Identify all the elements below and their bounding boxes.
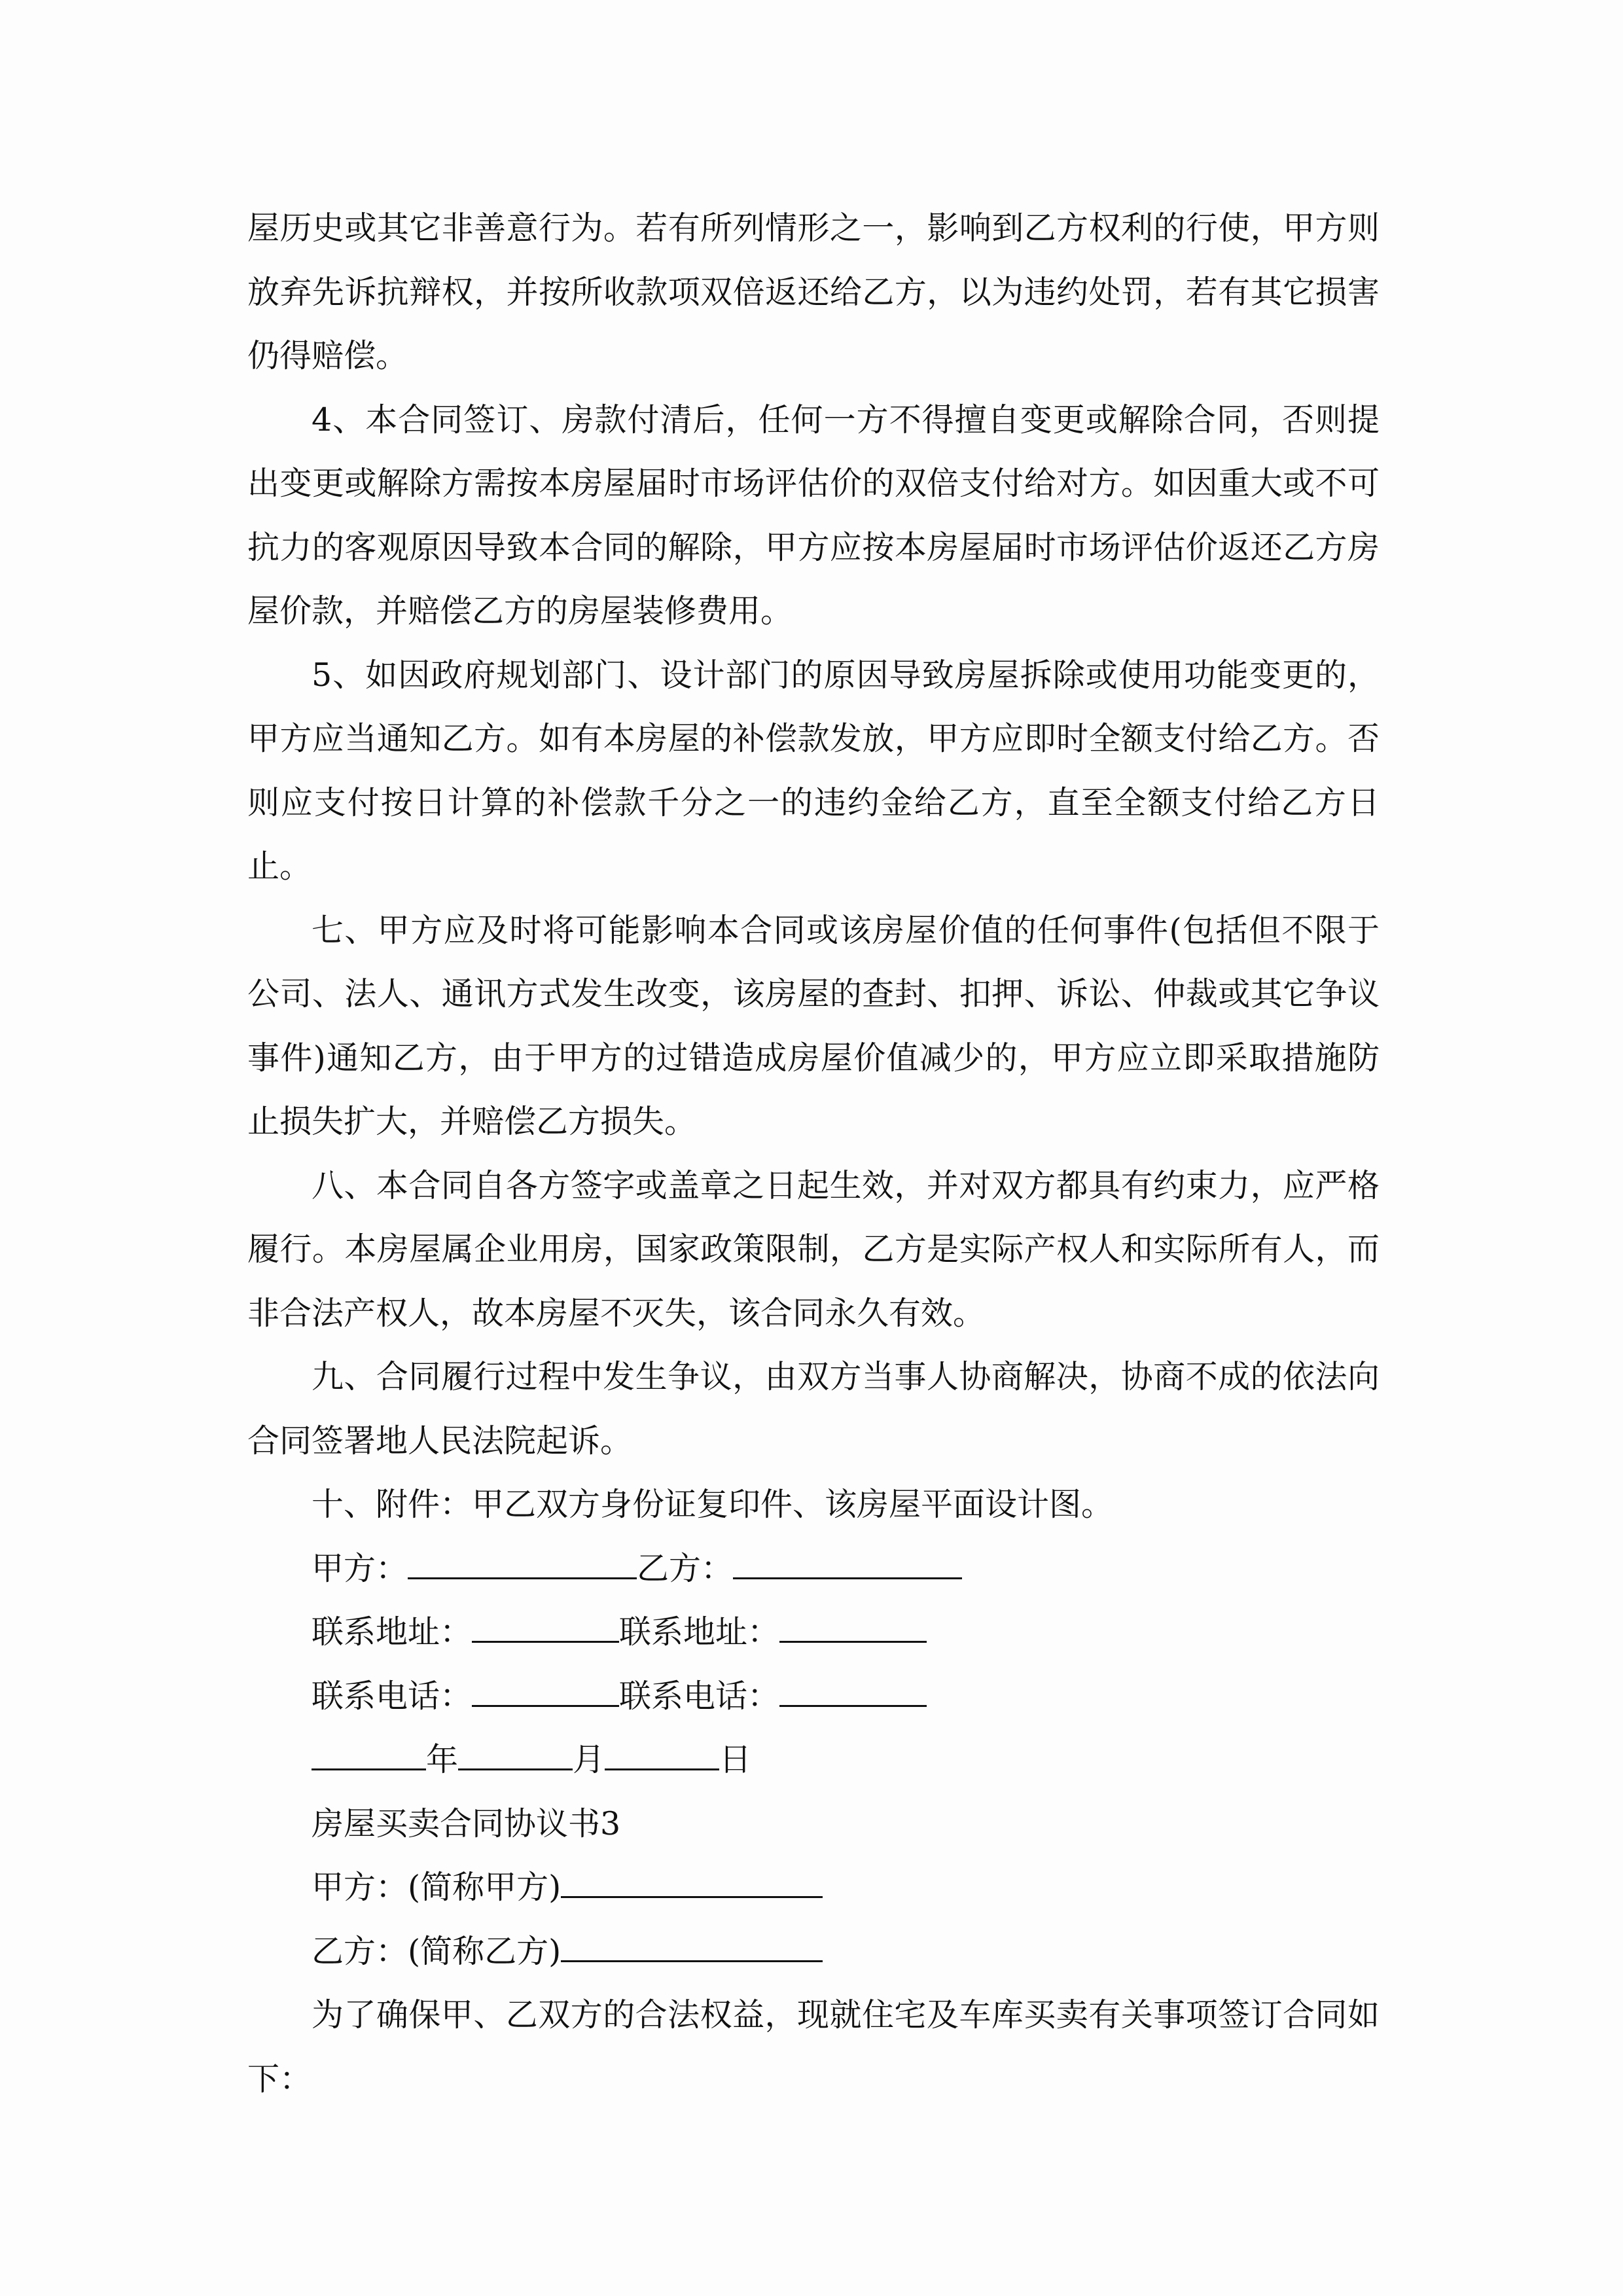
date-year-label: 年 xyxy=(426,1741,458,1778)
address-b-label: 联系地址： xyxy=(619,1613,779,1651)
phone-a-blank[interactable]: _________ xyxy=(472,1664,619,1707)
next-party-a-label: 甲方：(简称甲方) xyxy=(312,1869,561,1906)
next-contract-title: 房屋买卖合同协议书3 xyxy=(247,1792,1380,1856)
phone-a-label: 联系电话： xyxy=(312,1677,472,1715)
paragraph-continued: 屋历史或其它非善意行为。若有所列情形之一，影响到乙方权利的行使，甲方则放弃先诉抗… xyxy=(247,196,1380,388)
signature-phone-row: 联系电话：_________联系电话：_________ xyxy=(247,1664,1380,1729)
paragraph-clause-8: 八、本合同自各方签字或盖章之日起生效，并对双方都具有约束力，应严格履行。本房屋属… xyxy=(247,1154,1380,1346)
address-b-blank[interactable]: _________ xyxy=(779,1600,927,1643)
next-party-a-blank[interactable]: ________________ xyxy=(561,1856,823,1898)
paragraph-clause-9: 九、合同履行过程中发生争议，由双方当事人协商解决，协商不成的依法向合同签署地人民… xyxy=(247,1345,1380,1473)
next-party-b-label: 乙方：(简称乙方) xyxy=(312,1933,561,1970)
party-a-label: 甲方： xyxy=(312,1550,408,1587)
date-month-label: 月 xyxy=(573,1741,605,1778)
date-year-blank[interactable]: _______ xyxy=(312,1728,426,1770)
paragraph-clause-10: 十、附件：甲乙双方身份证复印件、该房屋平面设计图。 xyxy=(247,1473,1380,1537)
next-party-a-row: 甲方：(简称甲方)________________ xyxy=(247,1856,1380,1920)
date-day-label: 日 xyxy=(719,1741,751,1778)
signature-date-row: _______年_______月_______日 xyxy=(247,1728,1380,1792)
date-day-blank[interactable]: _______ xyxy=(605,1728,719,1770)
next-contract-intro: 为了确保甲、乙双方的合法权益，现就住宅及车库买卖有关事项签订合同如下： xyxy=(247,1983,1380,2111)
next-party-b-blank[interactable]: ________________ xyxy=(561,1920,823,1962)
signature-party-row: 甲方：______________乙方：______________ xyxy=(247,1537,1380,1601)
document-page: 屋历史或其它非善意行为。若有所列情形之一，影响到乙方权利的行使，甲方则放弃先诉抗… xyxy=(247,196,1380,2111)
signature-address-row: 联系地址：_________联系地址：_________ xyxy=(247,1600,1380,1664)
paragraph-clause-5: 5、如因政府规划部门、设计部门的原因导致房屋拆除或使用功能变更的，甲方应当通知乙… xyxy=(247,643,1380,899)
phone-b-blank[interactable]: _________ xyxy=(779,1664,927,1707)
paragraph-clause-7: 七、甲方应及时将可能影响本合同或该房屋价值的任何事件(包括但不限于公司、法人、通… xyxy=(247,899,1380,1154)
address-a-blank[interactable]: _________ xyxy=(472,1600,619,1643)
party-a-signature-blank[interactable]: ______________ xyxy=(408,1537,637,1579)
next-party-b-row: 乙方：(简称乙方)________________ xyxy=(247,1920,1380,1984)
date-month-blank[interactable]: _______ xyxy=(458,1728,573,1770)
party-b-signature-blank[interactable]: ______________ xyxy=(733,1537,962,1579)
phone-b-label: 联系电话： xyxy=(619,1677,779,1715)
party-b-label: 乙方： xyxy=(637,1550,733,1587)
address-a-label: 联系地址： xyxy=(312,1613,472,1651)
paragraph-clause-4: 4、本合同签订、房款付清后，任何一方不得擅自变更或解除合同，否则提出变更或解除方… xyxy=(247,388,1380,643)
